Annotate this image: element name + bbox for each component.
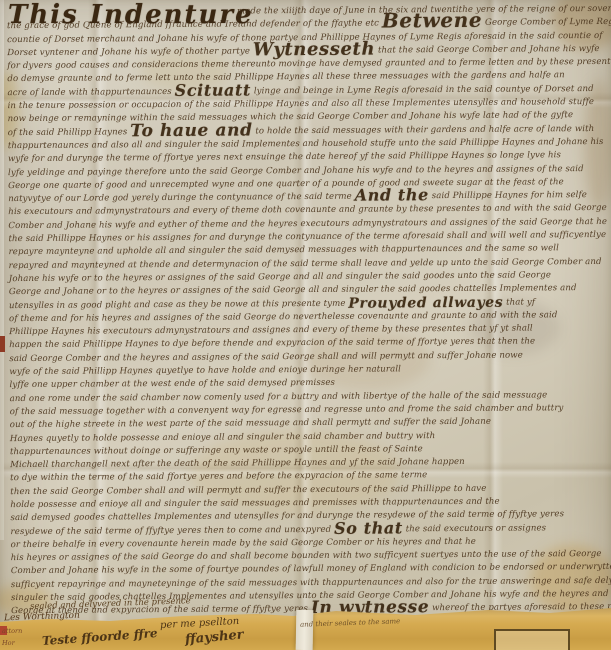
seal-slit — [494, 629, 570, 650]
manuscript-segment: Haynes quyetly to holde possesse and eni… — [10, 431, 435, 444]
manuscript-segment: acre of lande with thappurtenaunces — [7, 87, 174, 98]
manuscript-text: made the xiiijth daye of June in the six… — [7, 4, 611, 620]
manuscript-segment: then the said George Comber shall and wi… — [10, 483, 486, 496]
margin-note: attorn — [2, 627, 22, 635]
manuscript-segment: that yf — [503, 297, 535, 307]
manuscript-segment: lyffe one upper chamber at the west ende… — [9, 378, 335, 390]
manuscript-segment: George Comber of Lyme Regis in the — [482, 17, 611, 28]
emphasized-word: Scituatt — [175, 80, 251, 100]
manuscript-segment: utensylles in as good plight and case as… — [9, 298, 348, 310]
red-edge-mark — [0, 336, 5, 352]
manuscript-segment: to dye within the terme of the said ffor… — [10, 471, 427, 484]
manuscript-segment: holde possesse and enioye all and singul… — [10, 497, 499, 510]
manuscript-segment: to holde the said messuages with their g… — [252, 124, 594, 136]
manuscript-segment: lyinge and beinge in Lyme Regis aforesai… — [251, 84, 594, 96]
manuscript-segment: Michaell tharchangell next after the dea… — [10, 457, 465, 470]
manuscript-segment: Dorset vyntener and Johane his wyfe of t… — [7, 46, 253, 58]
manuscript-segment: wyfe of the said Phillipp Haynes quyetly… — [9, 364, 401, 377]
scan-edge — [0, 0, 4, 540]
manuscript-segment: that the said George Comber and Johane h… — [375, 44, 600, 56]
manuscript-segment: the said executours or assignes — [403, 523, 546, 534]
margin-note: Hor — [2, 639, 15, 647]
manuscript-segment: natyvytye of our Lorde god yerely during… — [8, 192, 355, 204]
emphasized-word: Betwene — [382, 8, 482, 33]
manuscript-segment: out of the highe streete in the west par… — [10, 417, 491, 430]
emphasized-word: To haue and — [130, 120, 252, 141]
opening-words: This Indenture — [8, 0, 254, 30]
manuscript-segment: thappurtenaunces without doinge or suffe… — [10, 444, 423, 457]
manuscript-segment: said Phillippe Haynes for him selfe — [429, 190, 587, 201]
manuscript-segment: or theire behalfe in every covenaunte he… — [11, 537, 476, 550]
emphasized-word: Prouyded allwayes — [348, 294, 503, 311]
manuscript-segment: resydewe of the said terme of ffyftye ye… — [10, 524, 334, 536]
emphasized-word: So that — [334, 518, 403, 537]
seal-tag — [296, 610, 314, 650]
emphasized-word: And the — [355, 185, 429, 205]
emphasized-word: Wytnesseth — [253, 38, 375, 60]
manuscript-segment: of the said Phillipp Haynes — [8, 127, 131, 138]
manuscript-photo: This Indenture made the xiiijth daye of … — [0, 0, 611, 650]
